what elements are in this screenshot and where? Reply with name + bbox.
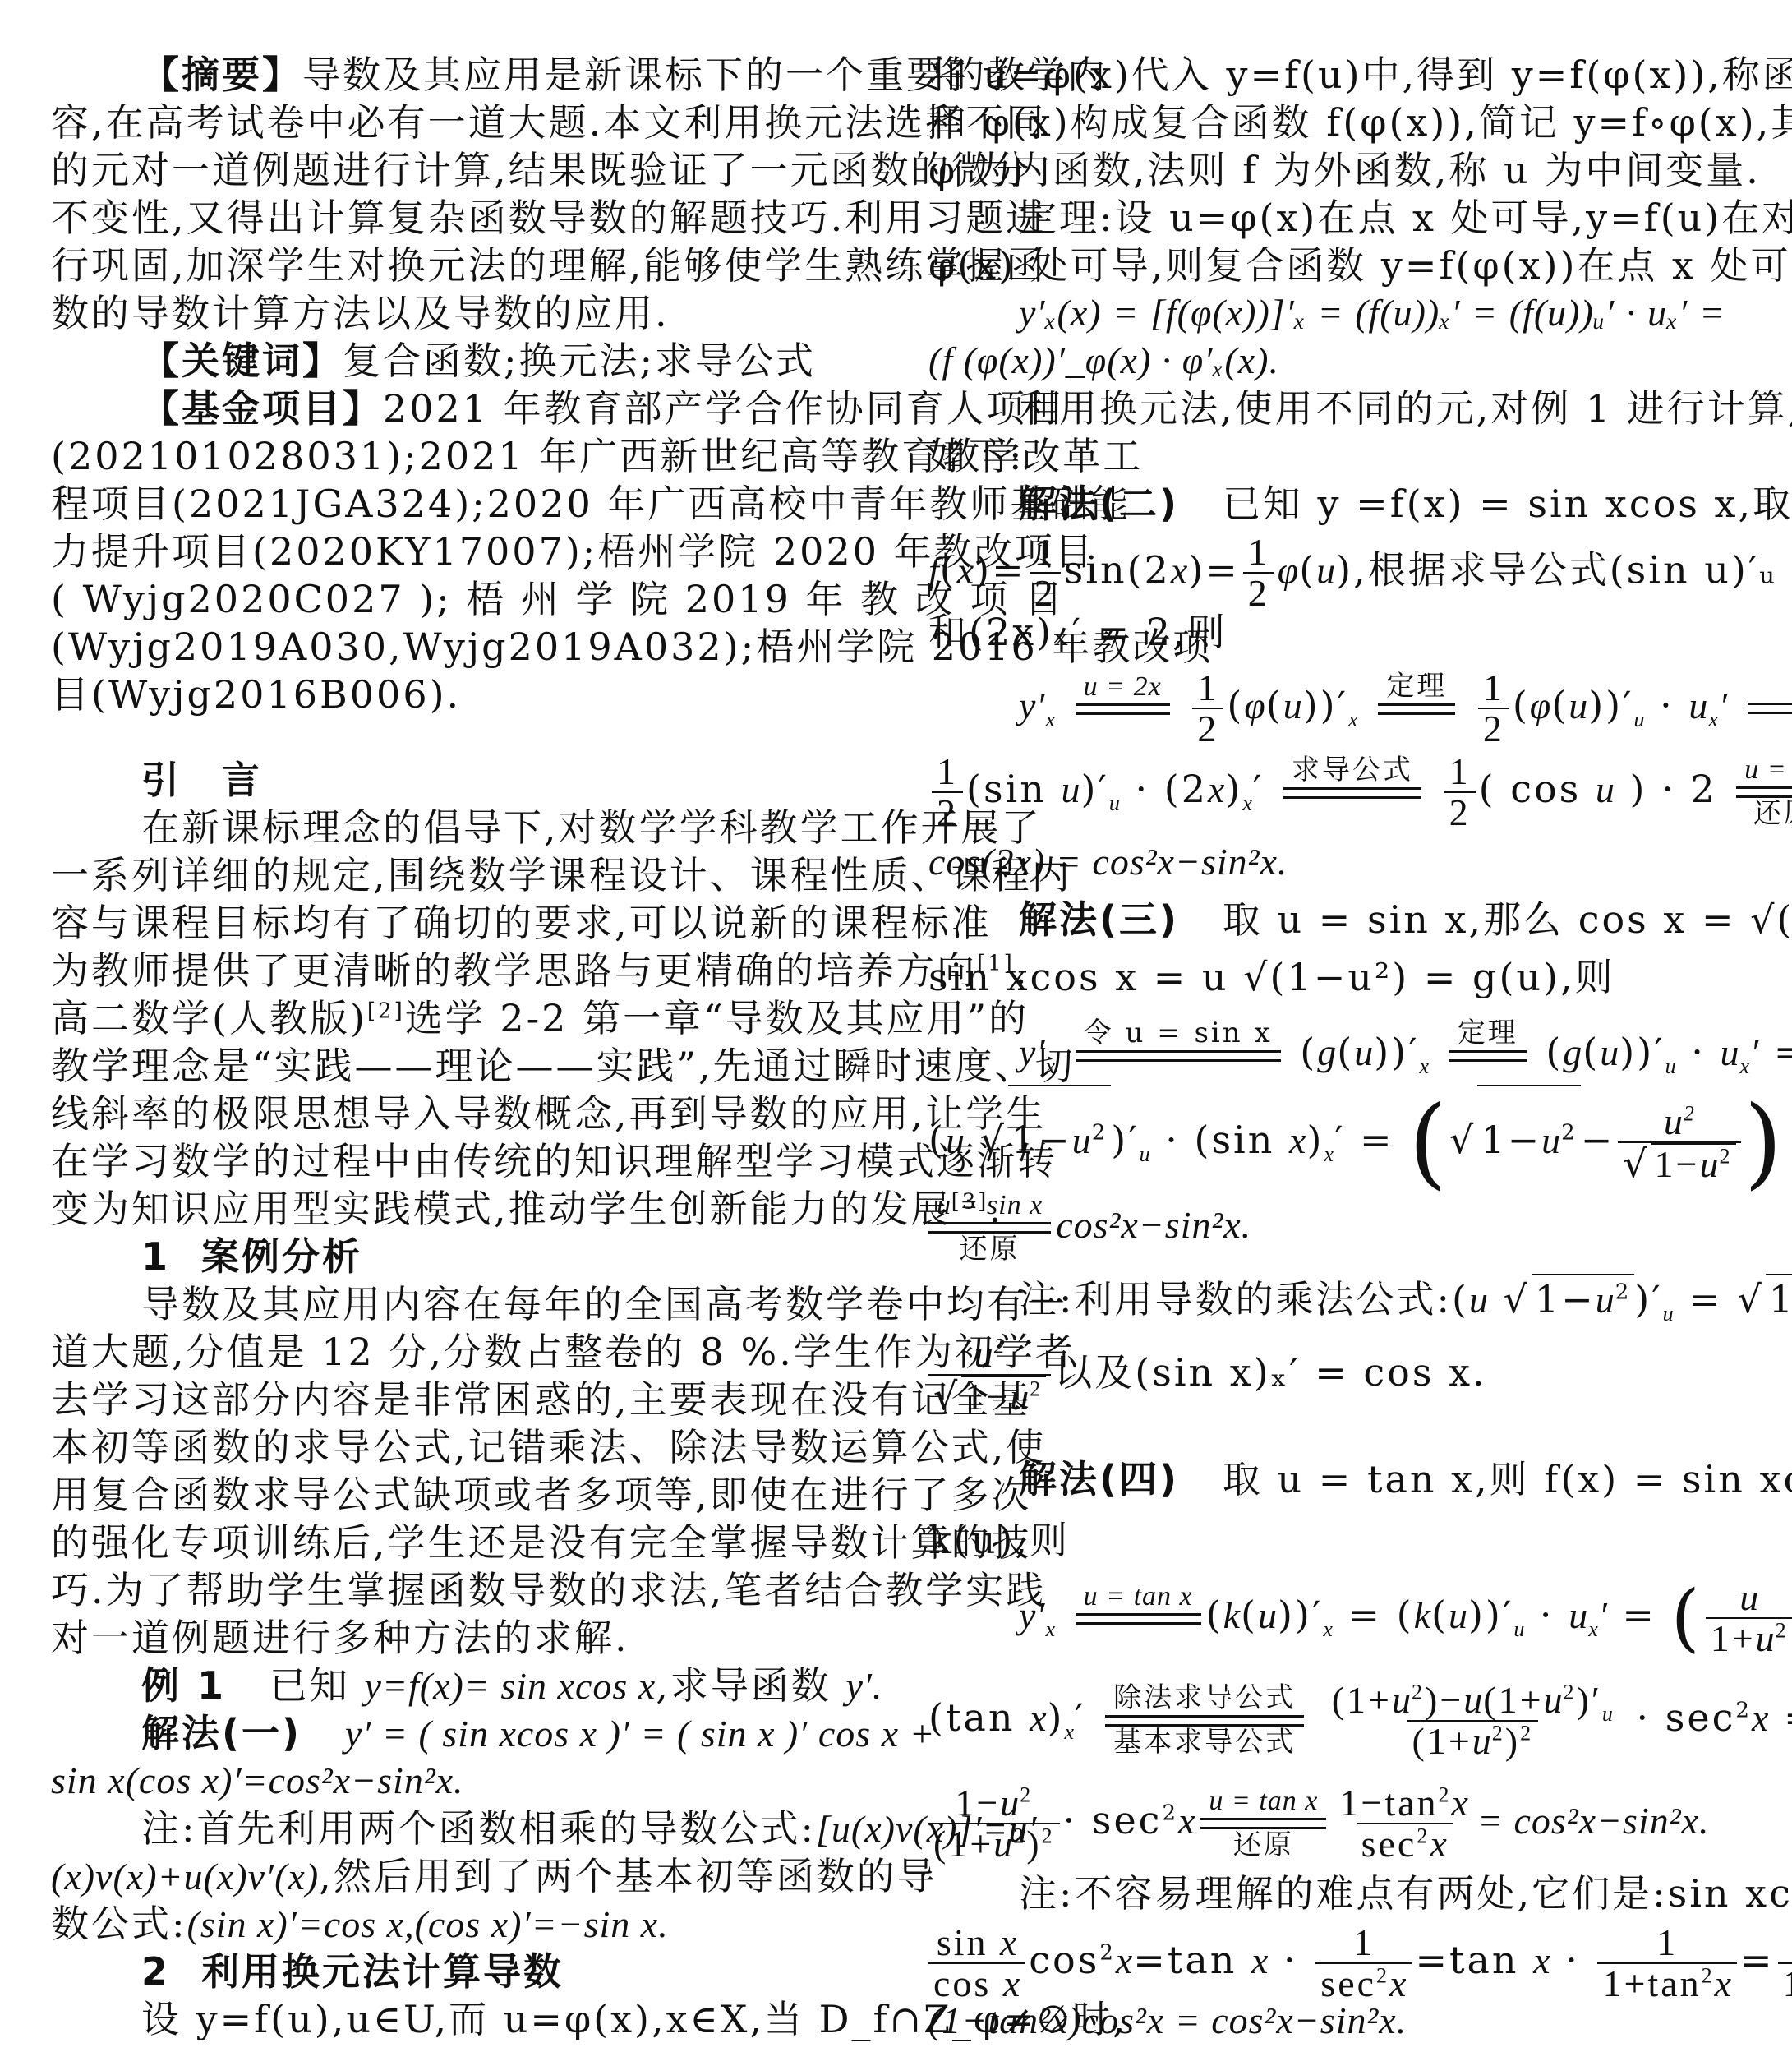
equals-arrow: u = tan x还原 — [1200, 1787, 1326, 1860]
solution-3-label: 解法(三) — [1019, 897, 1179, 942]
section-1-line-2: 道大题,分值是 12 分,分数占整卷的 8 %.学生作为初学者 — [51, 1328, 844, 1376]
funding-label: 【基金项目】 — [141, 386, 383, 431]
section-1-line-3: 去学习这部分内容是非常困惑的,主要表现在没有记全基 — [51, 1376, 844, 1423]
solution-4-line-2: k(u),则 — [928, 1516, 1725, 1564]
intro-line-1: 在新课标理念的倡导下,对数学学科教学工作开展了 — [51, 804, 844, 851]
abstract-line-3: 的元对一道例题进行计算,结果既验证了一元函数的微分 — [51, 146, 844, 194]
section-1-line-5: 用复合函数求导公式缺项或者多项等,即使在进行了多次 — [51, 1471, 844, 1519]
funding-line-5: ( Wyjg2020C027 ); 梧 州 学 院 2019 年 教 改 项 目 — [51, 575, 844, 623]
composite-line-2: 和 φ(x)构成复合函数 f(φ(x)),简记 y=f∘φ(x),其中法则 — [928, 99, 1725, 146]
solution-2-label: 解法(二) — [1019, 482, 1179, 526]
solution-3-line-1: 解法(三) 取 u = sin x,那么 cos x = √(1−sin²x) … — [928, 896, 1725, 943]
citation-2[interactable]: [2] — [367, 999, 405, 1024]
section-1-line-1: 导数及其应用内容在每年的全国高考数学卷中均有一 — [51, 1280, 844, 1328]
solution-3-chain-1: y′x 令 u = sin x (g(u))′x 定理 (g(u))′u · u… — [928, 1011, 1725, 1093]
abstract-line-4: 不变性,又得出计算复杂函数导数的解题技巧.利用习题进 — [51, 194, 844, 242]
example-1: 例 1 已知 y=f(x)= sin xcos x,求导函数 y′. — [51, 1662, 844, 1709]
note-4-line-3: (1−tan²x)cos²x = cos²x−sin²x. — [928, 1997, 1725, 2045]
solution-3-chain-2: (u √1−u2)′u · (sin x)x′ = (√1−u2−u2√1−u2… — [928, 1085, 1725, 1192]
section-1-line-8: 对一道例题进行多种方法的求解. — [51, 1614, 844, 1662]
intro-line-2: 一系列详细的规定,围绕数学课程设计、课程性质、课程内 — [51, 851, 844, 899]
theorem-formula-2: (f (φ(x))′_φ(x) · φ′ₓ(x). — [928, 337, 1725, 385]
solution-1-line-1: 解法(一) y′ = ( sin xcos x )′ = ( sin x )′ … — [51, 1709, 844, 1757]
note-1-line-1: 注:首先利用两个函数相乘的导数公式:[u(x)v(x)]′=u′ — [51, 1805, 844, 1852]
keywords-text: 复合函数;换元法;求导公式 — [343, 339, 816, 383]
solution-3-result: u = sin x还原cos²x−sin²x. — [928, 1187, 1725, 1261]
equals-arrow: u = 2x — [1076, 672, 1170, 745]
equals-arrow: 除法求导公式基本求导公式 — [1105, 1684, 1304, 1757]
solution-4-chain-1: y′x u = tan x(k(u))′x = (k(u))′u · ux′ =… — [928, 1570, 1725, 1660]
example-label: 例 1 — [141, 1663, 226, 1708]
funding-line-3: 程项目(2021JGA324);2020 年广西高校中青年教师基础能 — [51, 480, 844, 528]
section-2-line-1: 设 y=f(u),u∈U,而 u=φ(x),x∈X,当 D_f∩Z_φ≠∅时, — [51, 1995, 844, 2043]
intro-heading: 引 言 — [51, 756, 844, 804]
intro-line-5: 高二数学(人教版)[2]选学 2-2 第一章“导数及其应用”的 — [51, 994, 844, 1042]
equals-arrow: 求导公式 — [1283, 756, 1421, 828]
note-3-line-1: 注:利用导数的乘法公式:(u √1−u2)′u = √1−u2 − — [928, 1274, 1725, 1321]
note-1-line-2: (x)v(x)+u(x)v′(x),然后用到了两个基本初等函数的导 — [51, 1852, 844, 1900]
solution-4-label: 解法(四) — [1019, 1457, 1179, 1501]
intro-line-6: 教学理念是“实践——理论——实践”,先通过瞬时速度、切 — [51, 1042, 844, 1090]
abstract-label: 【摘要】 — [141, 53, 302, 97]
solution-2-line-2: f(x)=12sin(2x)=12φ(u),根据求导公式(sin u)′ᵤ = … — [928, 533, 1725, 606]
solution-2-chain-2: 12(sin u)′u · (2x)x′ 求导公式 12( cos u ) · … — [928, 748, 1725, 830]
abstract-line-5: 行巩固,加深学生对换元法的理解,能够使学生熟练掌握函 — [51, 242, 844, 289]
solution-1-line-2: sin x(cos x)′=cos²x−sin²x. — [51, 1757, 844, 1805]
funding-line-4: 力提升项目(2020KY17007);梧州学院 2020 年教改项目 — [51, 528, 844, 575]
solution-4-chain-2: (tan x)x′ 除法求导公式基本求导公式 (1+u2)−u(1+u2)′u(… — [928, 1668, 1725, 1767]
section-2-heading: 2 利用换元法计算导数 — [51, 1948, 844, 1995]
equals-arrow: u = 2x还原 — [1736, 755, 1792, 828]
solution-1-label: 解法(一) — [141, 1711, 302, 1755]
solution-4-line-1: 解法(四) 取 u = tan x,则 f(x) = sin xcos x =u… — [928, 1438, 1725, 1520]
theorem-line-2: φ(x) 处可导,则复合函数 y=f(φ(x))在点 x 处可导,且有 — [928, 242, 1725, 289]
theorem-formula-1: y′ₓ(x) = [f(φ(x))]′ₓ = (f(u))ₓ′ = (f(u))… — [928, 289, 1725, 337]
intro-line-3: 容与课程目标均有了确切的要求,可以说新的课程标准 — [51, 899, 844, 947]
section-1-heading: 1 案例分析 — [51, 1233, 844, 1280]
intro-line-9: 变为知识应用型实践模式,推动学生创新能力的发展[3]. — [51, 1185, 844, 1233]
equals-arrow: 令 u = sin x — [1076, 1019, 1281, 1091]
abstract-line-6: 数的导数计算方法以及导数的应用. — [51, 289, 844, 337]
abstract-line-2: 容,在高考试卷中必有一道大题.本文利用换元法选择不同 — [51, 99, 844, 146]
composite-line-1: 将 u=φ(x)代入 y=f(u)中,得到 y=f(φ(x)),称函数 f(u) — [928, 51, 1725, 99]
intro-line-8: 在学习数学的过程中由传统的知识理解型学习模式逐渐转 — [51, 1137, 844, 1185]
solution-2-chain-1: y′x u = 2x 12(φ(u))′x 定理 12(φ(u))′u · ux… — [928, 664, 1725, 746]
solution-4-chain-3: 1−u2(1+u2)2· sec2xu = tan x还原1−tan2xsec2… — [928, 1775, 1725, 1865]
note-4-line-1: 注:不容易理解的难点有两处,它们是:sin xcos x = — [928, 1870, 1725, 1917]
equals-arrow: 定理 — [1449, 1019, 1527, 1091]
equals-arrow: u = sin x还原 — [928, 1191, 1051, 1264]
theorem-line-1: 定理:设 u=φ(x)在点 x 处可导,y=f(u)在对应点 u= — [928, 194, 1725, 242]
equals-arrow: 定理 — [1378, 672, 1455, 745]
funding-line-7: 目(Wyjg2016B006). — [51, 671, 844, 718]
intro-line-7: 线斜率的极限思想导入导数概念,再到导数的应用,让学生 — [51, 1090, 844, 1137]
solution-3-line-2: sin xcos x = u √(1−u²) = g(u),则 — [928, 953, 1725, 1001]
funding-line-1: 【基金项目】2021 年教育部产学合作协同育人项目 — [51, 385, 844, 432]
section-1-line-6: 的强化专项训练后,学生还是没有完全掌握导数计算的技 — [51, 1519, 844, 1566]
transition-line-2: 如下: — [928, 432, 1725, 480]
keywords-label: 【关键词】 — [141, 339, 343, 383]
keywords: 【关键词】复合函数;换元法;求导公式 — [51, 337, 844, 385]
solution-2-line-1: 解法(二) 已知 y =f(x) = sin xcos x,取 u = 2x,那… — [928, 480, 1725, 528]
funding-line-6: (Wyjg2019A030,Wyjg2019A032);梧州学院 2016 年教… — [51, 623, 844, 671]
note-1-line-3: 数公式:(sin x)′=cos x,(cos x)′=−sin x. — [51, 1900, 844, 1948]
note-3-line-2: u2√1−u2以及(sin x)ₓ′ = cos x. — [928, 1327, 1725, 1418]
composite-line-3: φ 为内函数,法则 f 为外函数,称 u 为中间变量. — [928, 146, 1725, 194]
transition-line-1: 利用换元法,使用不同的元,对例 1 进行计算,具体 — [928, 385, 1725, 432]
note-4-line-2: sin xcos xcos2x=tan x · 1sec2x=tan x · 1… — [928, 1915, 1725, 2005]
abstract-line-1: 【摘要】导数及其应用是新课标下的一个重要的教学内 — [51, 51, 844, 99]
solution-2-result: cos(2x) = cos²x−sin²x. — [928, 838, 1725, 886]
section-1-line-7: 巧.为了帮助学生掌握函数导数的求法,笔者结合教学实践 — [51, 1566, 844, 1614]
section-1-line-4: 本初等函数的求导公式,记错乘法、除法导数运算公式,使 — [51, 1423, 844, 1471]
equals-arrow: u = tan x — [1076, 1582, 1201, 1654]
intro-line-4: 为教师提供了更清晰的教学思路与更精确的培养方向[1]. — [51, 947, 844, 994]
solution-2-line-3: 和(2x)ₓ′ = 2,则 — [928, 608, 1725, 656]
funding-line-2: (202101028031);2021 年广西新世纪高等教育教学改革工 — [51, 432, 844, 480]
